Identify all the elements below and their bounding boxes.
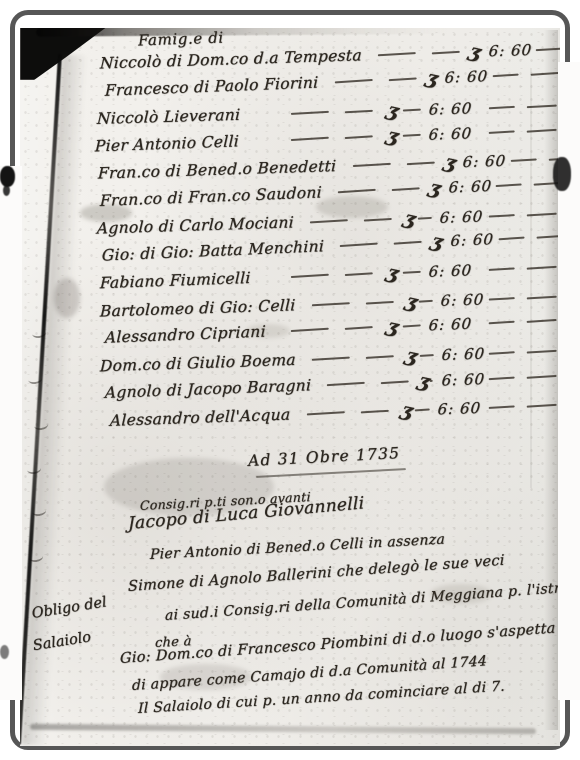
leader-line [489, 106, 515, 109]
entry-name: Agnolo di Jacopo Baragni [105, 376, 312, 402]
leader-line [352, 163, 390, 167]
entry-amount: 6: 60 [433, 344, 486, 364]
leader-line [492, 73, 518, 77]
entry-name: Fran.co di Bened.o Benedetti [98, 157, 337, 183]
leader-line [381, 380, 409, 384]
ink-stain [246, 324, 290, 338]
leader-line [403, 324, 421, 327]
leader-line [312, 356, 350, 360]
leader-line [496, 183, 522, 187]
screenshot-stage: Famig.e di Niccolò di Dom.co d.a Tempest… [0, 0, 580, 760]
leader-line [498, 236, 524, 240]
date-line: Ad 31 Obre 1735 [248, 444, 401, 470]
leader [251, 272, 383, 279]
leader-line [489, 214, 515, 217]
entry-amount: 6: 60 [433, 290, 486, 310]
leader-line [378, 52, 416, 56]
clamp-mark-left-small [3, 185, 10, 196]
leader-line [291, 136, 329, 140]
leader [290, 409, 398, 415]
entry-amount: 6: 60 [429, 398, 485, 418]
leader-line [360, 409, 388, 413]
leader [324, 240, 432, 247]
leader-line [291, 111, 329, 115]
page-right-shadow [544, 30, 558, 730]
leader-line [489, 351, 515, 355]
leader-line [364, 218, 392, 222]
leader [296, 355, 404, 361]
leader-line [432, 51, 460, 55]
ink-stain [80, 204, 132, 222]
entry-amount: 6: 60 [420, 261, 485, 281]
leader-line [291, 274, 329, 278]
ink-stain [104, 458, 274, 516]
manuscript-scan: Famig.e di Niccolò di Dom.co d.a Tempest… [20, 28, 560, 746]
paper-crease [530, 68, 532, 488]
leader-line [334, 78, 372, 82]
page-top-edge [36, 28, 522, 37]
entry-name: Alessandro dell'Acqua [110, 405, 291, 429]
entry-amount: 6: 60 [420, 99, 485, 119]
entry-amount: 6: 60 [420, 123, 485, 143]
leader [322, 187, 430, 193]
entry-amount: 6: 60 [440, 176, 493, 196]
entry-amount: 6: 60 [420, 314, 485, 335]
leader-line [489, 377, 515, 381]
leader-line [291, 328, 329, 332]
entry-amount: 6: 60 [480, 41, 533, 61]
leader-line [418, 217, 432, 220]
leader-line [415, 408, 430, 411]
entry-name: Fabiano Fiumicelli [100, 269, 251, 292]
entry-amount: 6: 60 [433, 370, 486, 390]
leader-line [327, 382, 365, 386]
leader [362, 51, 470, 56]
leader-line [406, 162, 434, 166]
leader-line [310, 219, 348, 223]
entry-amount: 6: 60 [454, 152, 507, 172]
clamp-mark-left [0, 166, 15, 187]
entry-name: Alessandro Cipriani [105, 323, 266, 347]
leader-line [403, 133, 421, 136]
entry-name: Niccolò Lieverani [97, 106, 241, 128]
leader-line [392, 187, 420, 191]
ink-stain [160, 664, 252, 690]
clamp-mark-bottom-left [0, 645, 9, 659]
leader-line [366, 355, 394, 359]
entry-name: Dom.co di Giulio Boema [100, 350, 297, 375]
page-bottom-edge [30, 724, 536, 734]
entry-name: Francesco di Paolo Fiorini [105, 73, 319, 99]
leader-line [338, 188, 376, 192]
entry-amount: 6: 60 [437, 66, 490, 86]
photo-overlap-left [0, 166, 22, 700]
leader [336, 162, 444, 167]
entry-name: Niccolò di Dom.co d.a Tempesta [100, 46, 363, 72]
entry-name: Gio: di Gio: Batta Menchini [102, 237, 325, 264]
leader [311, 380, 419, 386]
entry-name: Bartolomeo di Gio: Celli [100, 296, 296, 320]
leader-line [489, 321, 515, 325]
leader-line [345, 135, 373, 139]
leader [240, 110, 383, 116]
leader-line [419, 354, 433, 357]
leader-line [345, 110, 373, 114]
entry-amount: 6: 60 [442, 230, 495, 250]
entry-name: Fran.co di Fran.co Saudoni [100, 183, 323, 210]
leader-line [403, 271, 421, 274]
ink-stain [316, 196, 388, 218]
leader-line [489, 130, 515, 134]
leader [296, 300, 404, 305]
leader-line [345, 326, 373, 330]
leader [318, 77, 426, 83]
ink-stain [430, 584, 492, 604]
leader-line [489, 297, 515, 300]
leader [239, 135, 383, 142]
clamp-mark-right [553, 157, 571, 191]
entries-list: Niccolò di Dom.co d.a Tempesta ʒ 6: 60 F… [20, 56, 557, 441]
leader-line [340, 242, 378, 247]
minute-line: Pier Antonio di Bened.o Celli in assenza [150, 532, 445, 564]
leader-line [419, 299, 433, 302]
leader-line [489, 267, 515, 271]
leader [294, 218, 402, 223]
leader-line [366, 300, 394, 304]
leader-line [312, 302, 350, 306]
leader-line [510, 158, 536, 161]
leader-line [394, 240, 422, 244]
leader-line [345, 272, 373, 276]
leader-line [306, 411, 344, 415]
leader-line [388, 77, 416, 81]
entry-amount: 6: 60 [432, 207, 486, 227]
date-underline [256, 468, 406, 478]
leader-line [403, 109, 421, 112]
leader-line [489, 405, 515, 409]
entry-name: Pier Antonio Celli [95, 132, 240, 155]
